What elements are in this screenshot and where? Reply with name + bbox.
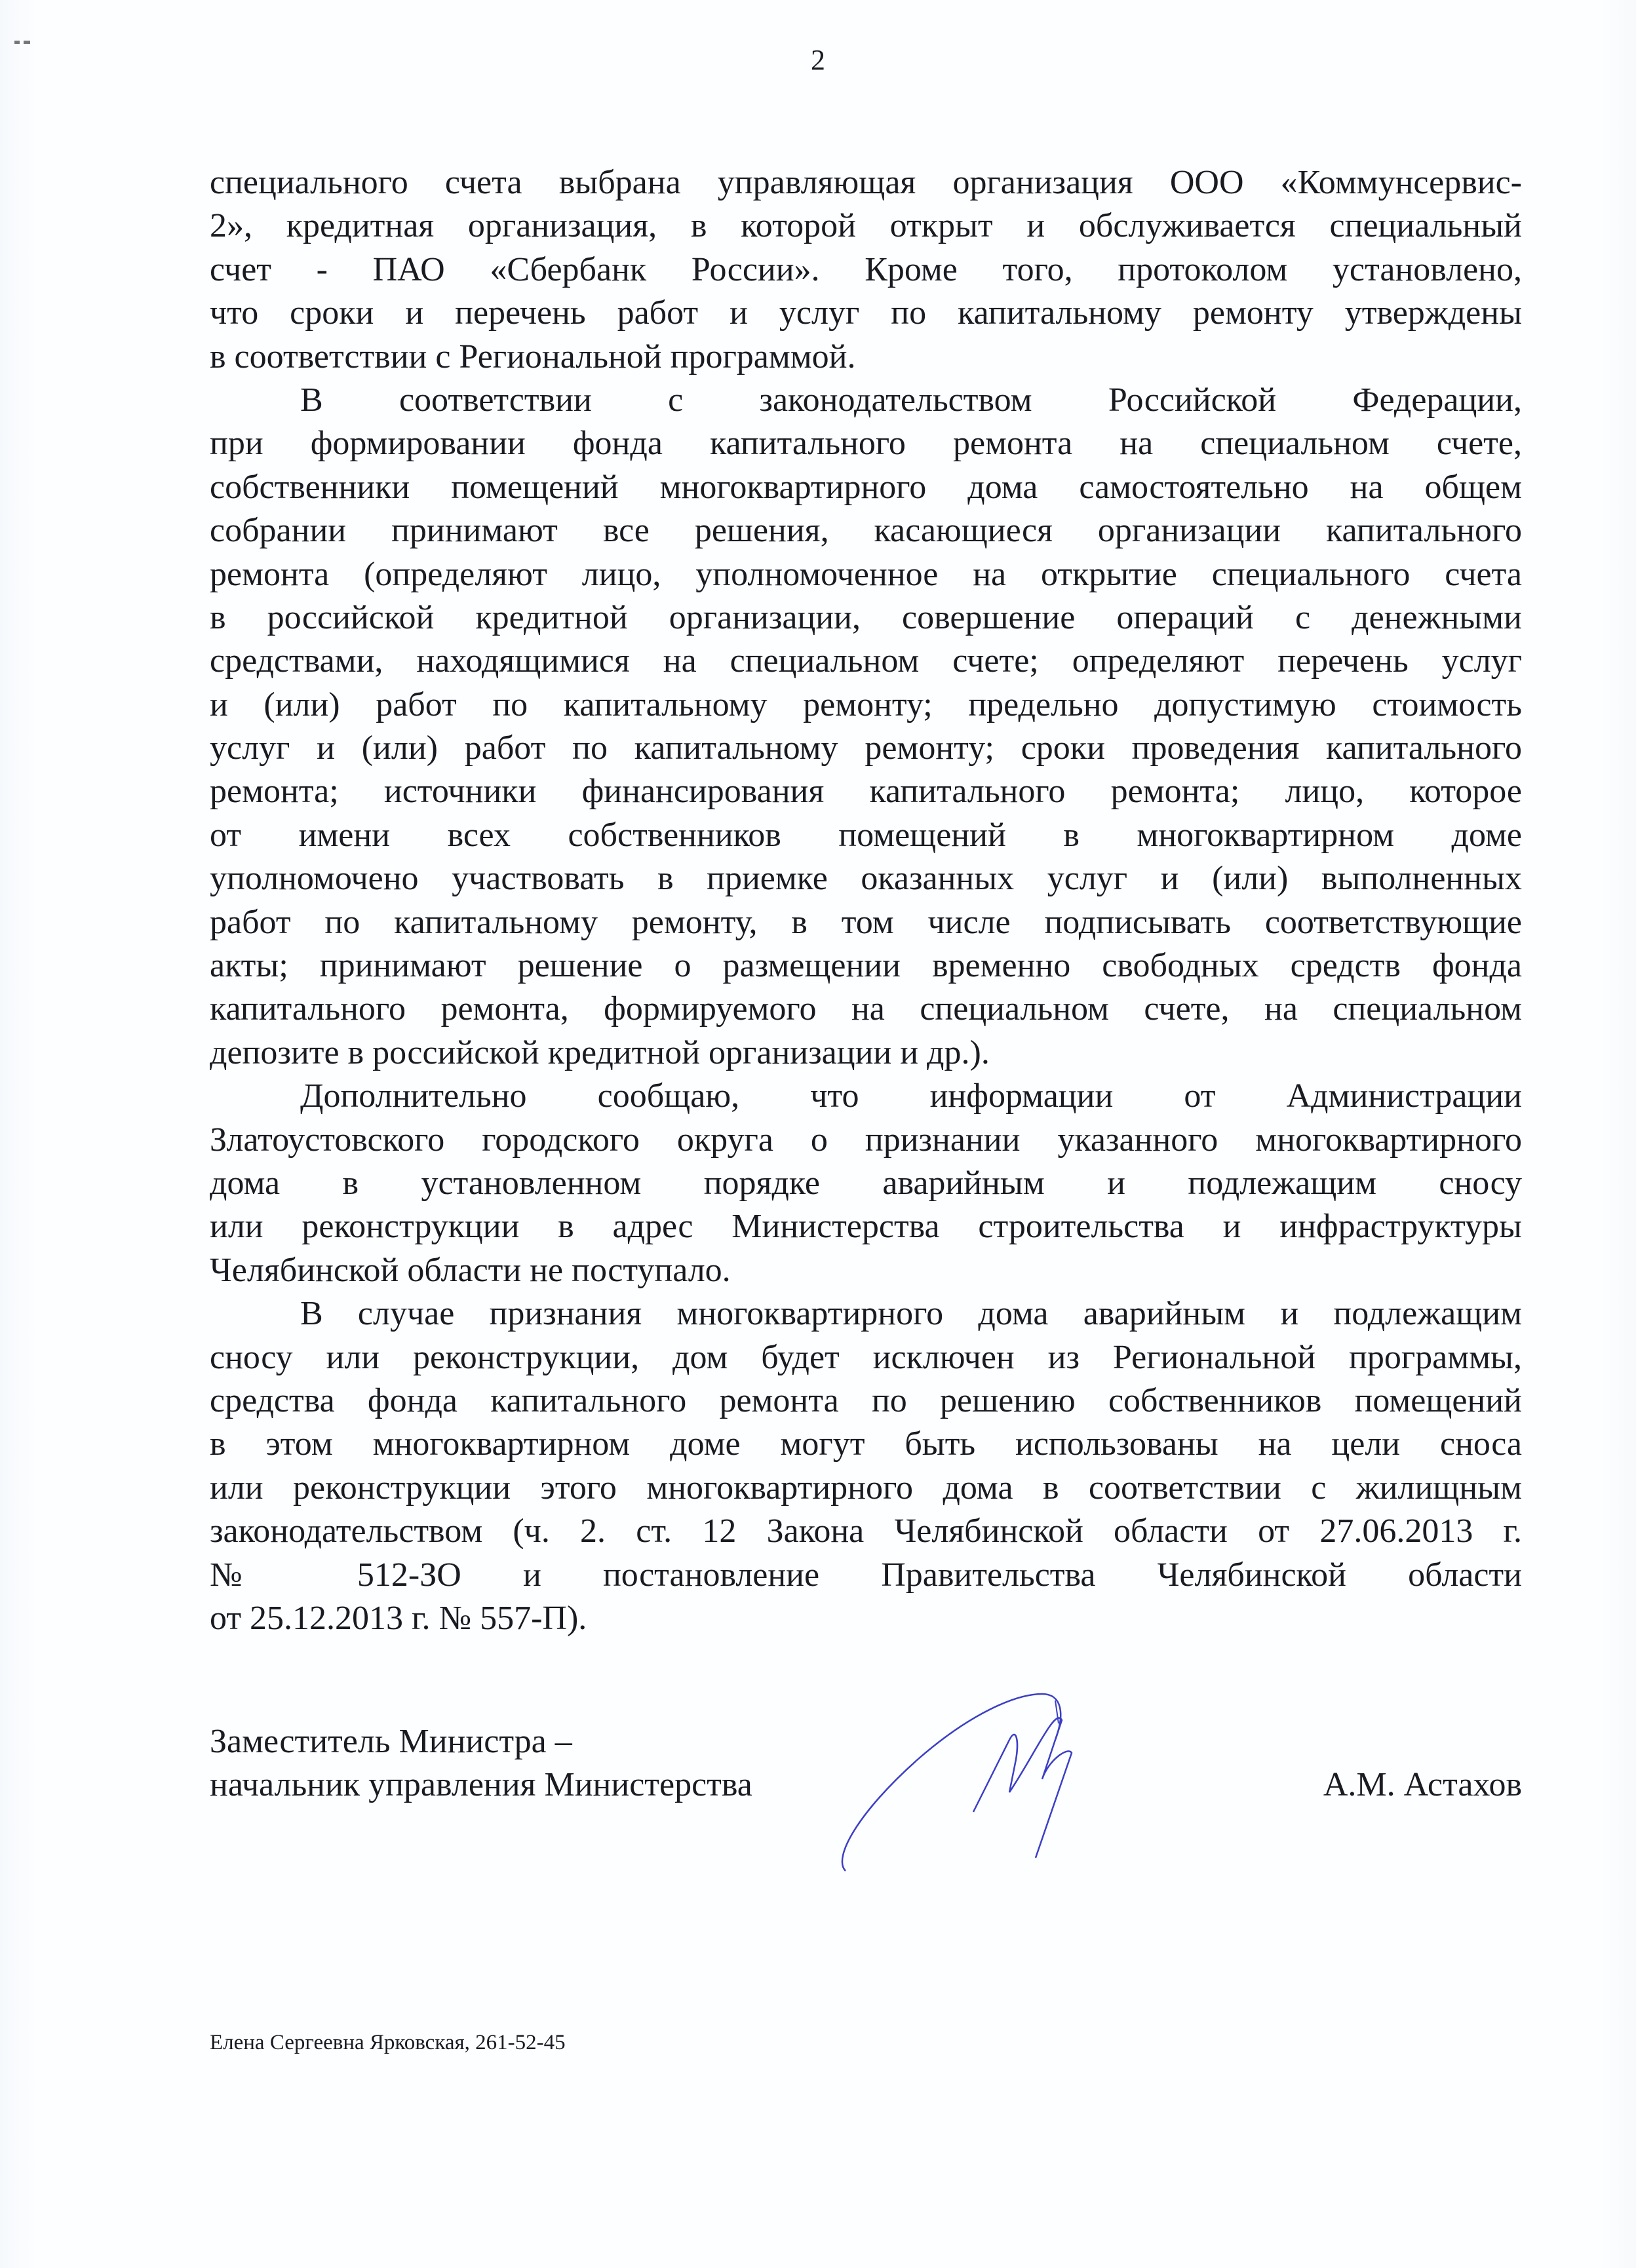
text-line: капитального ремонта, формируемого на сп… bbox=[210, 988, 1522, 1031]
handwritten-signature-icon bbox=[819, 1681, 1160, 1877]
page-number: 2 bbox=[0, 41, 1636, 80]
text-line: в российской кредитной организации, сове… bbox=[210, 596, 1522, 640]
text-line: при формировании фонда капитального ремо… bbox=[210, 422, 1522, 465]
paragraph: специального счета выбрана управляющая о… bbox=[210, 161, 1522, 379]
document-page: 2 специального счета выбрана управляющая… bbox=[0, 0, 1636, 2268]
text-line: или реконструкции этого многоквартирного… bbox=[210, 1467, 1522, 1510]
text-line: дома в установленном порядке аварийным и… bbox=[210, 1162, 1522, 1205]
signatory-title: Заместитель Министра – начальник управле… bbox=[210, 1720, 752, 1807]
text-line: специального счета выбрана управляющая о… bbox=[210, 161, 1522, 204]
text-line: услуг и (или) работ по капитальному ремо… bbox=[210, 727, 1522, 770]
text-line: в этом многоквартирном доме могут быть и… bbox=[210, 1423, 1522, 1466]
text-line: от 25.12.2013 г. № 557-П). bbox=[210, 1597, 1522, 1640]
text-line: и (или) работ по капитальному ремонту; п… bbox=[210, 683, 1522, 727]
text-line: что сроки и перечень работ и услуг по ка… bbox=[210, 292, 1522, 335]
text-line: средствами, находящимися на специальном … bbox=[210, 640, 1522, 683]
paragraph: Дополнительно сообщаю, что информации от… bbox=[210, 1075, 1522, 1292]
text-line: уполномочено участвовать в приемке оказа… bbox=[210, 857, 1522, 900]
letter-body: специального счета выбрана управляющая о… bbox=[210, 161, 1522, 1640]
text-line: В соответствии с законодательством Росси… bbox=[210, 379, 1522, 422]
text-line: Дополнительно сообщаю, что информации от… bbox=[210, 1075, 1522, 1118]
text-line: В случае признания многоквартирного дома… bbox=[210, 1292, 1522, 1336]
text-line: средства фонда капитального ремонта по р… bbox=[210, 1379, 1522, 1423]
text-line: ремонта; источники финансирования капита… bbox=[210, 770, 1522, 813]
signatory-title-line-2: начальник управления Министерства bbox=[210, 1763, 752, 1807]
text-line: Челябинской области не поступало. bbox=[210, 1249, 1522, 1292]
text-line: собственники помещений многоквартирного … bbox=[210, 466, 1522, 509]
scan-artifact bbox=[14, 35, 37, 39]
text-line: 2», кредитная организация, в которой отк… bbox=[210, 204, 1522, 248]
text-line: ремонта (определяют лицо, уполномоченное… bbox=[210, 553, 1522, 596]
text-line: Златоустовского городского округа о приз… bbox=[210, 1119, 1522, 1162]
text-line: в соответствии с Региональной программой… bbox=[210, 336, 1522, 379]
text-line: счет - ПАО «Сбербанк России». Кроме того… bbox=[210, 248, 1522, 292]
text-line: от имени всех собственников помещений в … bbox=[210, 814, 1522, 857]
text-line: № 512-ЗО и постановление Правительства Ч… bbox=[210, 1554, 1522, 1597]
signatory-name: А.М. Астахов bbox=[1323, 1763, 1522, 1807]
paragraph: В случае признания многоквартирного дома… bbox=[210, 1292, 1522, 1640]
signatory-title-line-1: Заместитель Министра – bbox=[210, 1720, 752, 1763]
paragraph: В соответствии с законодательством Росси… bbox=[210, 379, 1522, 1075]
text-line: законодательством (ч. 2. ст. 12 Закона Ч… bbox=[210, 1510, 1522, 1553]
text-line: собрании принимают все решения, касающие… bbox=[210, 509, 1522, 552]
text-line: или реконструкции в адрес Министерства с… bbox=[210, 1205, 1522, 1248]
signature-block: Заместитель Министра – начальник управле… bbox=[210, 1720, 1522, 1864]
text-line: депозите в российской кредитной организа… bbox=[210, 1031, 1522, 1075]
text-line: работ по капитальному ремонту, в том чис… bbox=[210, 901, 1522, 944]
text-line: сносу или реконструкции, дом будет исклю… bbox=[210, 1336, 1522, 1379]
text-line: акты; принимают решение о размещении вре… bbox=[210, 944, 1522, 988]
executor-contact: Елена Сергеевна Ярковская, 261-52-45 bbox=[210, 2028, 566, 2057]
